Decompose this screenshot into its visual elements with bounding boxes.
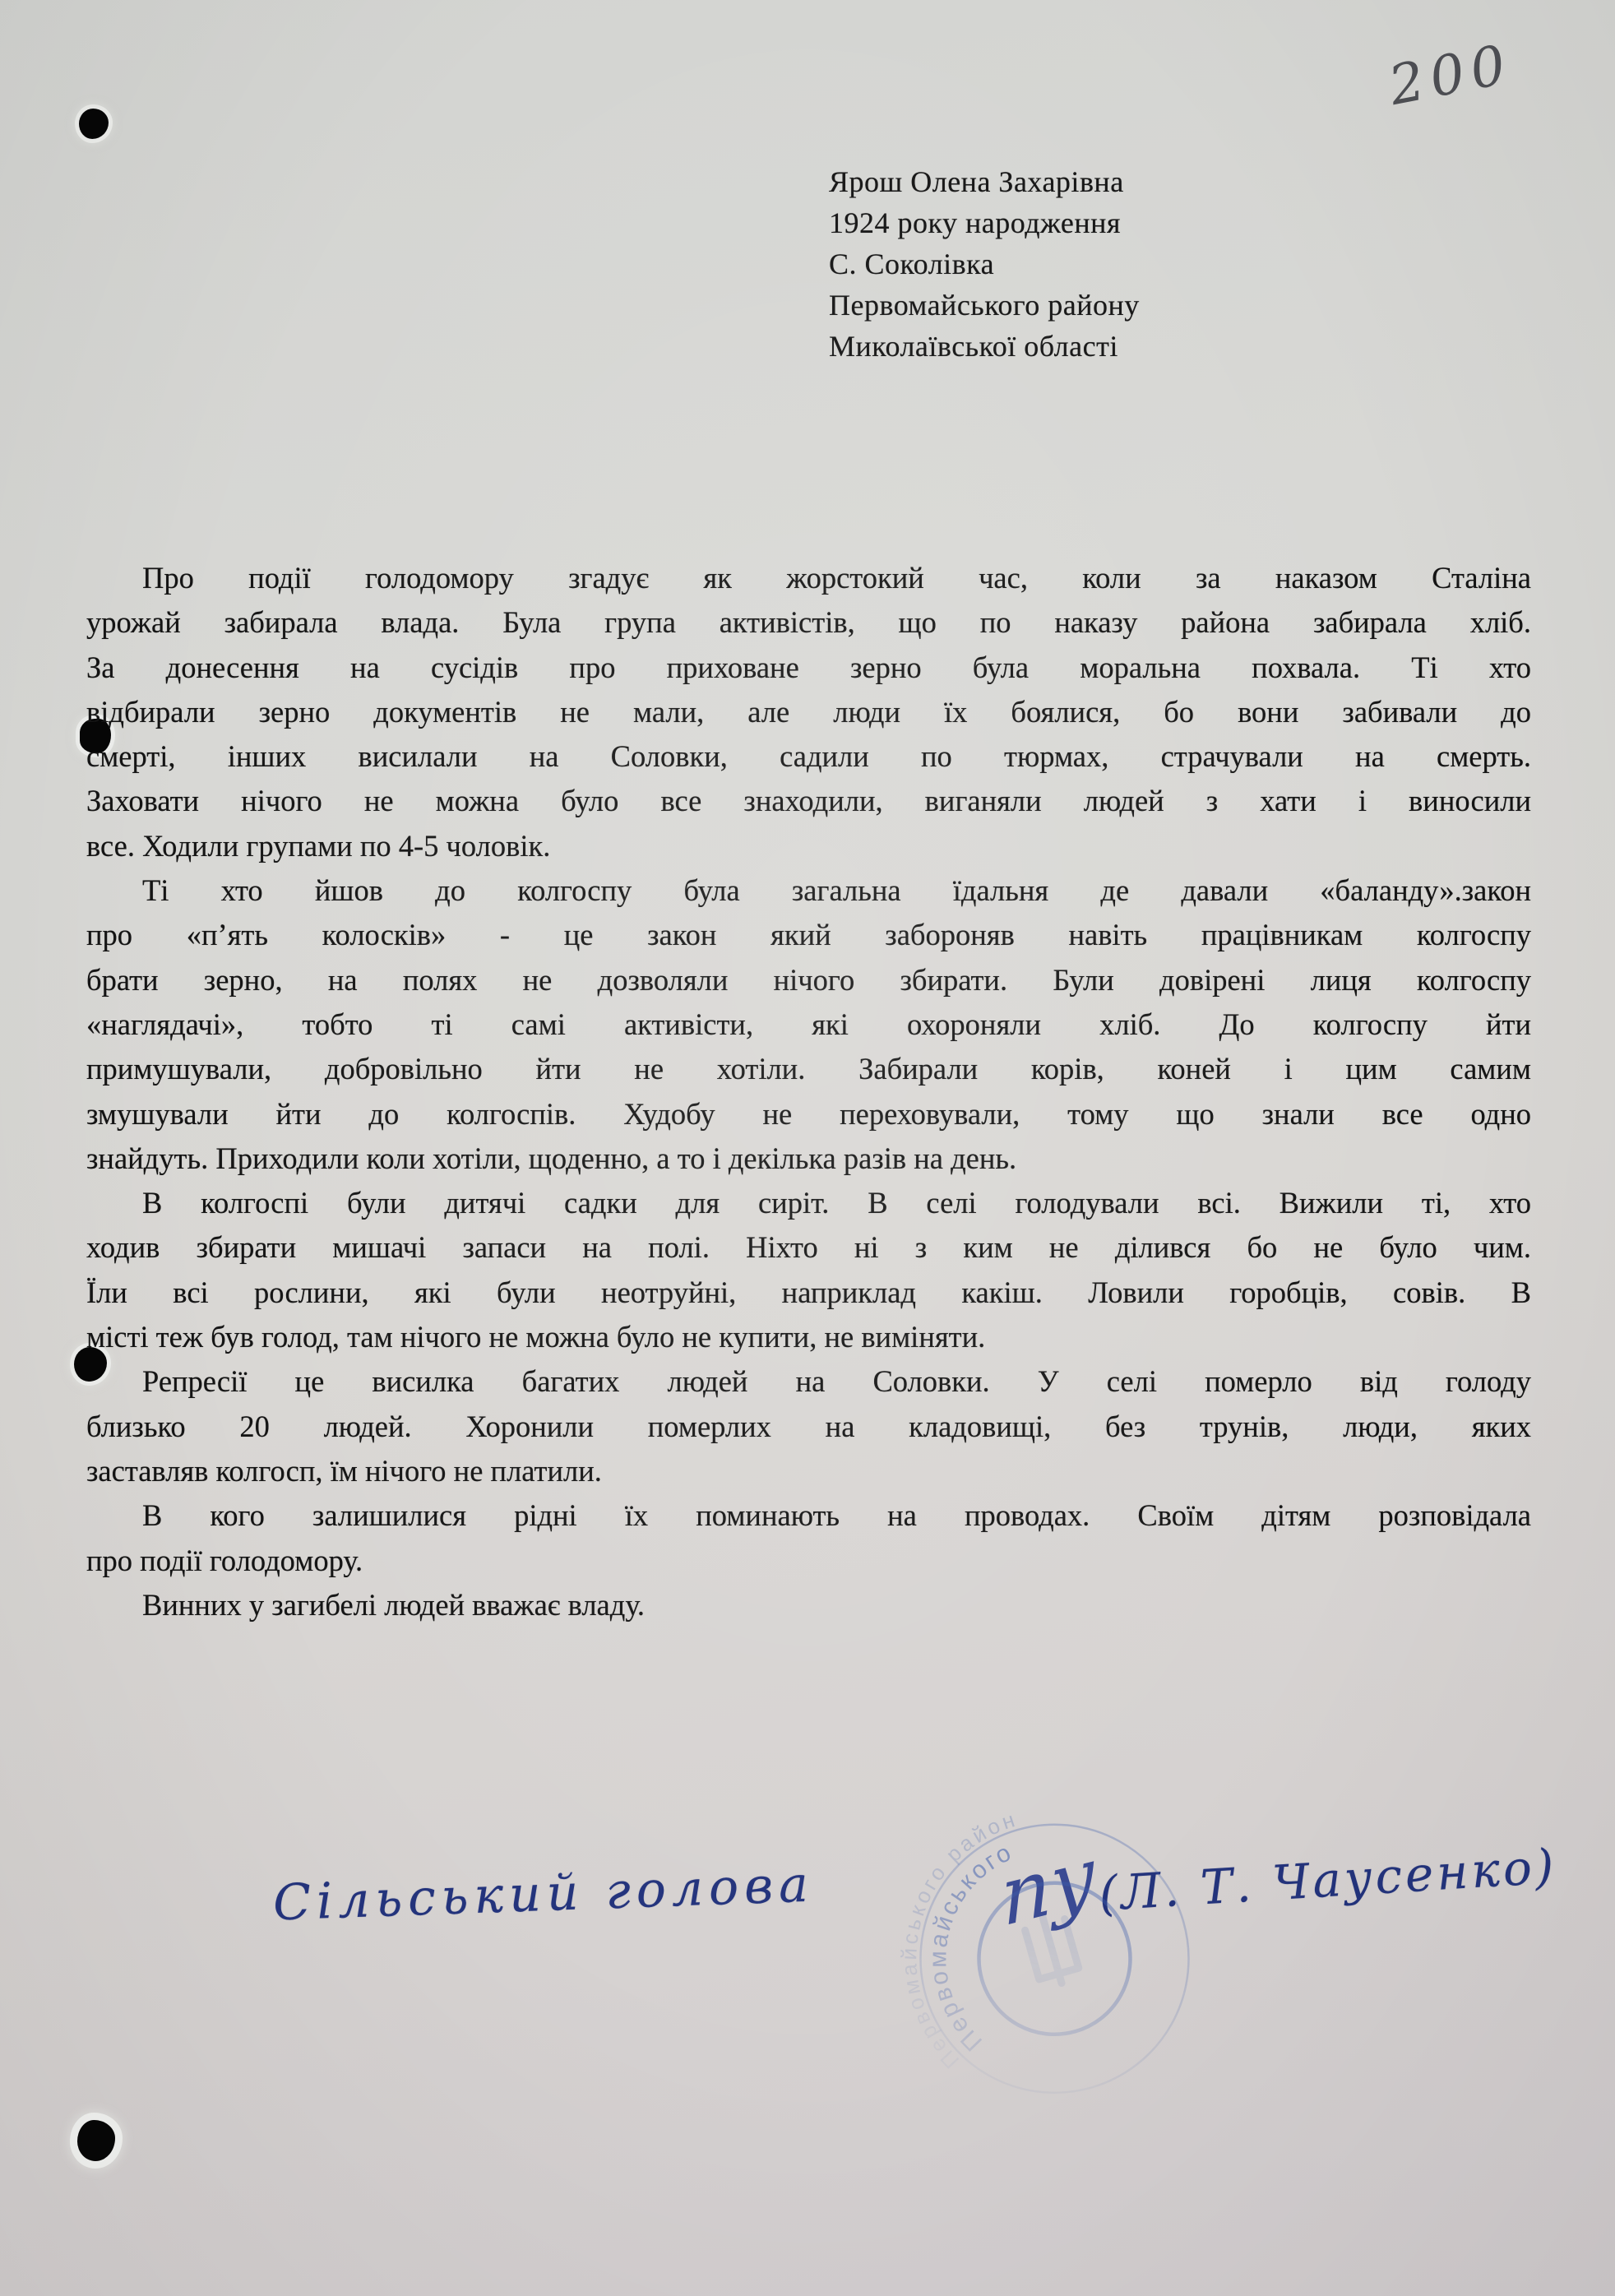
body-line: За донесення на сусідів про приховане зе… [86, 646, 1531, 690]
body-line: про події голодомору. [86, 1539, 1531, 1583]
body-line: близько 20 людей. Хоронили померлих на к… [86, 1405, 1531, 1449]
body-line: Репресії це висилка багатих людей на Сол… [86, 1359, 1531, 1404]
recipient-block: Ярош Олена Захарівна1924 року народження… [829, 161, 1140, 367]
body-line: про «п’ять колосків» - це закон який заб… [86, 913, 1531, 957]
body-line: брати зерно, на полях не дозволяли нічог… [86, 958, 1531, 1002]
stamp-ring-text: Первомайського району • Миколаївської об… [829, 1784, 1073, 2081]
body-line: ходив збирати мишачі запаси на полі. Ніх… [86, 1225, 1531, 1270]
round-ink-stamp: Первомайського району • Миколаївської об… [829, 1752, 1290, 2196]
body-line: В колгоспі були дитячі садки для сиріт. … [86, 1181, 1531, 1225]
body-line: відбирали зерно документів не мали, але … [86, 690, 1531, 734]
body-line: змушували йти до колгоспів. Худобу не пе… [86, 1092, 1531, 1136]
recipient-line: С. Соколівка [829, 243, 1140, 285]
svg-text:Первомайського району • Микола: Первомайського району • Миколаївської об… [829, 1784, 1080, 2091]
body-line: В кого залишилися рідні їх поминають на … [86, 1493, 1531, 1538]
scanned-document-page: 200 Ярош Олена Захарівна1924 року народж… [0, 0, 1615, 2296]
svg-text:Первомайського району • Микола: Первомайського району • Миколаївської об… [829, 1784, 1073, 2081]
recipient-line: Ярош Олена Захарівна [829, 161, 1140, 202]
stamp-emblem [1023, 1911, 1081, 1989]
body-line: заставляв колгосп, їм нічого не платили. [86, 1449, 1531, 1493]
stamp-outer-ring-text: Первомайського району • Миколаївської об… [829, 1784, 1080, 2091]
body-line: Винних у загибелі людей вважає владу. [86, 1583, 1531, 1627]
recipient-line: Первомайського району [829, 285, 1140, 326]
hole-punch [79, 109, 109, 139]
body-line: «наглядачі», тобто ті самі активісти, як… [86, 1002, 1531, 1047]
body-line: урожай забирала влада. Була група активі… [86, 600, 1531, 645]
body-line: місті теж був голод, там нічого не можна… [86, 1315, 1531, 1359]
handwritten-page-number: 200 [1384, 15, 1606, 118]
body-line: Про події голодомору згадує як жорстокий… [86, 556, 1531, 600]
recipient-line: Миколаївської області [829, 326, 1140, 367]
recipient-line: 1924 року народження [829, 202, 1140, 243]
letter-body: Про події голодомору згадує як жорстокий… [86, 556, 1531, 1627]
body-line: примушували, добровільно йти не хотіли. … [86, 1047, 1531, 1091]
body-line: все. Ходили групами по 4-5 чоловік. [86, 824, 1531, 868]
body-line: знайдуть. Приходили коли хотіли, щоденно… [86, 1136, 1531, 1181]
handwritten-signature-role: Сільський голова [272, 1856, 815, 1933]
body-line: Заховати нічого не можна було все знаход… [86, 779, 1531, 823]
hole-punch [77, 2120, 115, 2161]
body-line: Їли всі рослини, які були неотруйні, нап… [86, 1271, 1531, 1315]
body-line: смерті, інших висилали на Соловки, садил… [86, 734, 1531, 779]
body-line: Ті хто йшов до колгоспу була загальна їд… [86, 868, 1531, 913]
